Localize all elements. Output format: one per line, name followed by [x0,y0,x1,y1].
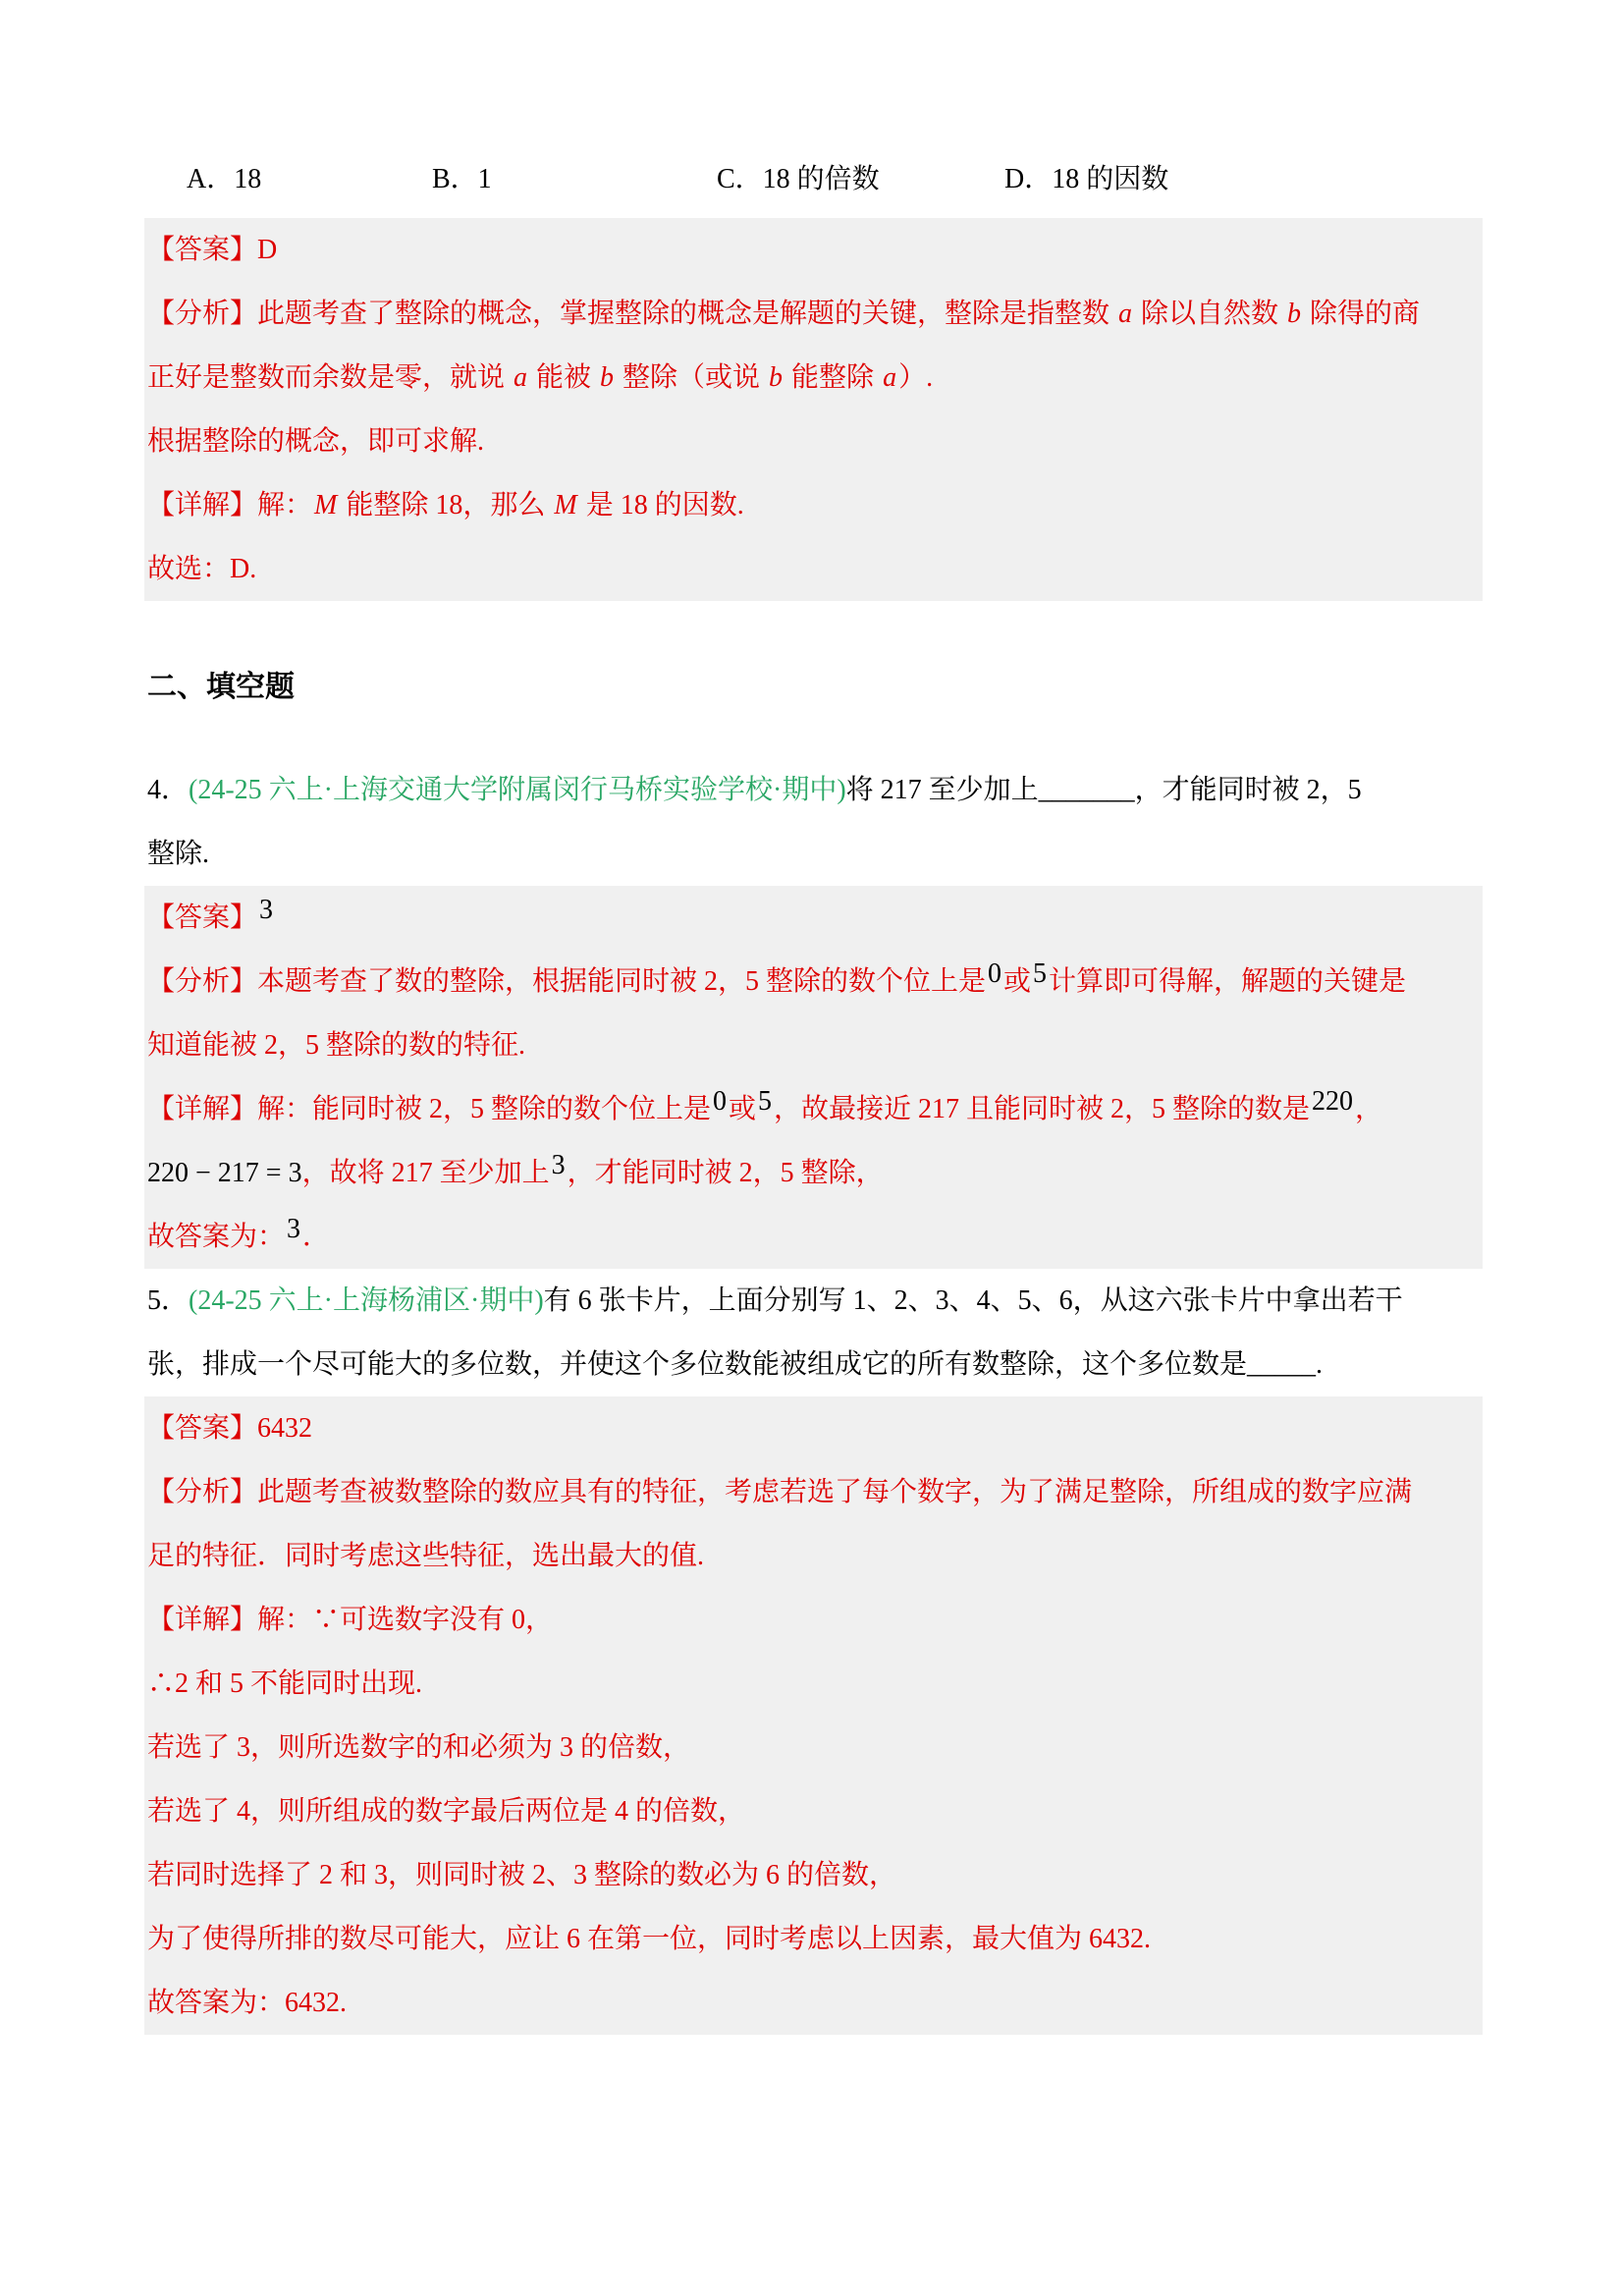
section-title-fill-in-blank: 二、填空题 [147,655,1480,719]
document-page: A．18 B．1 C．18 的倍数 D．18 的因数 【答案】D 【分析】此题考… [0,0,1623,2296]
q5-analysis-line-2: 足的特征．同时考虑这些特征，选出最大的值. [147,1524,1473,1588]
q5-detail-line-4: 若选了 4，则所组成的数字最后两位是 4 的倍数， [147,1779,1473,1843]
q4-conclusion-line: 故答案为：3． [147,1205,1473,1269]
q4-analysis-line-2: 知道能被 2，5 整除的数的特征. [147,1013,1473,1077]
q5-answer-line: 【答案】6432 [147,1396,1473,1460]
option-c: C．18 的倍数 [717,147,1004,211]
q3-answer-line: 【答案】D [147,218,1473,282]
q3-conclusion-line: 故选：D. [147,537,1473,601]
q4-detail-line-2: 220 − 217 = 3，故将 217 至少加上3，才能同时被 2，5 整除， [147,1141,1473,1205]
q5-detail-line-5: 若同时选择了 2 和 3，则同时被 2、3 整除的数必为 6 的倍数， [147,1843,1473,1907]
q3-options-row: A．18 B．1 C．18 的倍数 D．18 的因数 [147,147,1480,211]
q4-detail-line-1: 【详解】解：能同时被 2，5 整除的数个位上是0或5，故最接近 217 且能同时… [147,1077,1473,1141]
q3-answer-box: 【答案】D 【分析】此题考查了整除的概念，掌握整除的概念是解题的关键，整除是指整… [144,218,1483,601]
q3-analysis-line-2: 正好是整数而余数是零，就说 a 能被 b 整除（或说 b 能整除 a）. [147,346,1473,410]
q3-analysis-line-3: 根据整除的概念，即可求解. [147,410,1473,473]
option-d: D．18 的因数 [1004,147,1480,211]
q5-detail-line-2: ∴2 和 5 不能同时出现. [147,1652,1473,1716]
q5-conclusion-line: 故答案为：6432. [147,1971,1473,2035]
q4-answer-box: 【答案】3 【分析】本题考查了数的整除，根据能同时被 2，5 整除的数个位上是0… [144,886,1483,1269]
q5-detail-line-3: 若选了 3，则所选数字的和必须为 3 的倍数， [147,1716,1473,1779]
option-b: B．1 [432,147,717,211]
q4-analysis-line-1: 【分析】本题考查了数的整除，根据能同时被 2，5 整除的数个位上是0或5计算即可… [147,950,1473,1013]
q4-text-line-1: 4．(24-25 六上·上海交通大学附属闵行马桥实验学校·期中)将 217 至少… [147,758,1480,822]
q5-analysis-line-1: 【分析】此题考查被数整除的数应具有的特征，考虑若选了每个数字，为了满足整除，所组… [147,1460,1473,1524]
q5-detail-line-1: 【详解】解：∵可选数字没有 0， [147,1588,1473,1652]
q5-answer-box: 【答案】6432 【分析】此题考查被数整除的数应具有的特征，考虑若选了每个数字，… [144,1396,1483,2035]
q4-text-line-2: 整除. [147,822,1480,886]
q5-text-line-2: 张，排成一个尽可能大的多位数，并使这个多位数能被组成它的所有数整除，这个多位数是… [147,1333,1480,1396]
q3-detail-line: 【详解】解：M 能整除 18，那么 M 是 18 的因数. [147,473,1473,537]
q5-detail-line-6: 为了使得所排的数尽可能大，应让 6 在第一位，同时考虑以上因素，最大值为 643… [147,1907,1473,1971]
option-a: A．18 [187,147,432,211]
q3-analysis-line-1: 【分析】此题考查了整除的概念，掌握整除的概念是解题的关键，整除是指整数 a 除以… [147,282,1473,346]
q5-text-line-1: 5．(24-25 六上·上海杨浦区·期中)有 6 张卡片，上面分别写 1、2、3… [147,1269,1480,1333]
q4-answer-line: 【答案】3 [147,886,1473,950]
